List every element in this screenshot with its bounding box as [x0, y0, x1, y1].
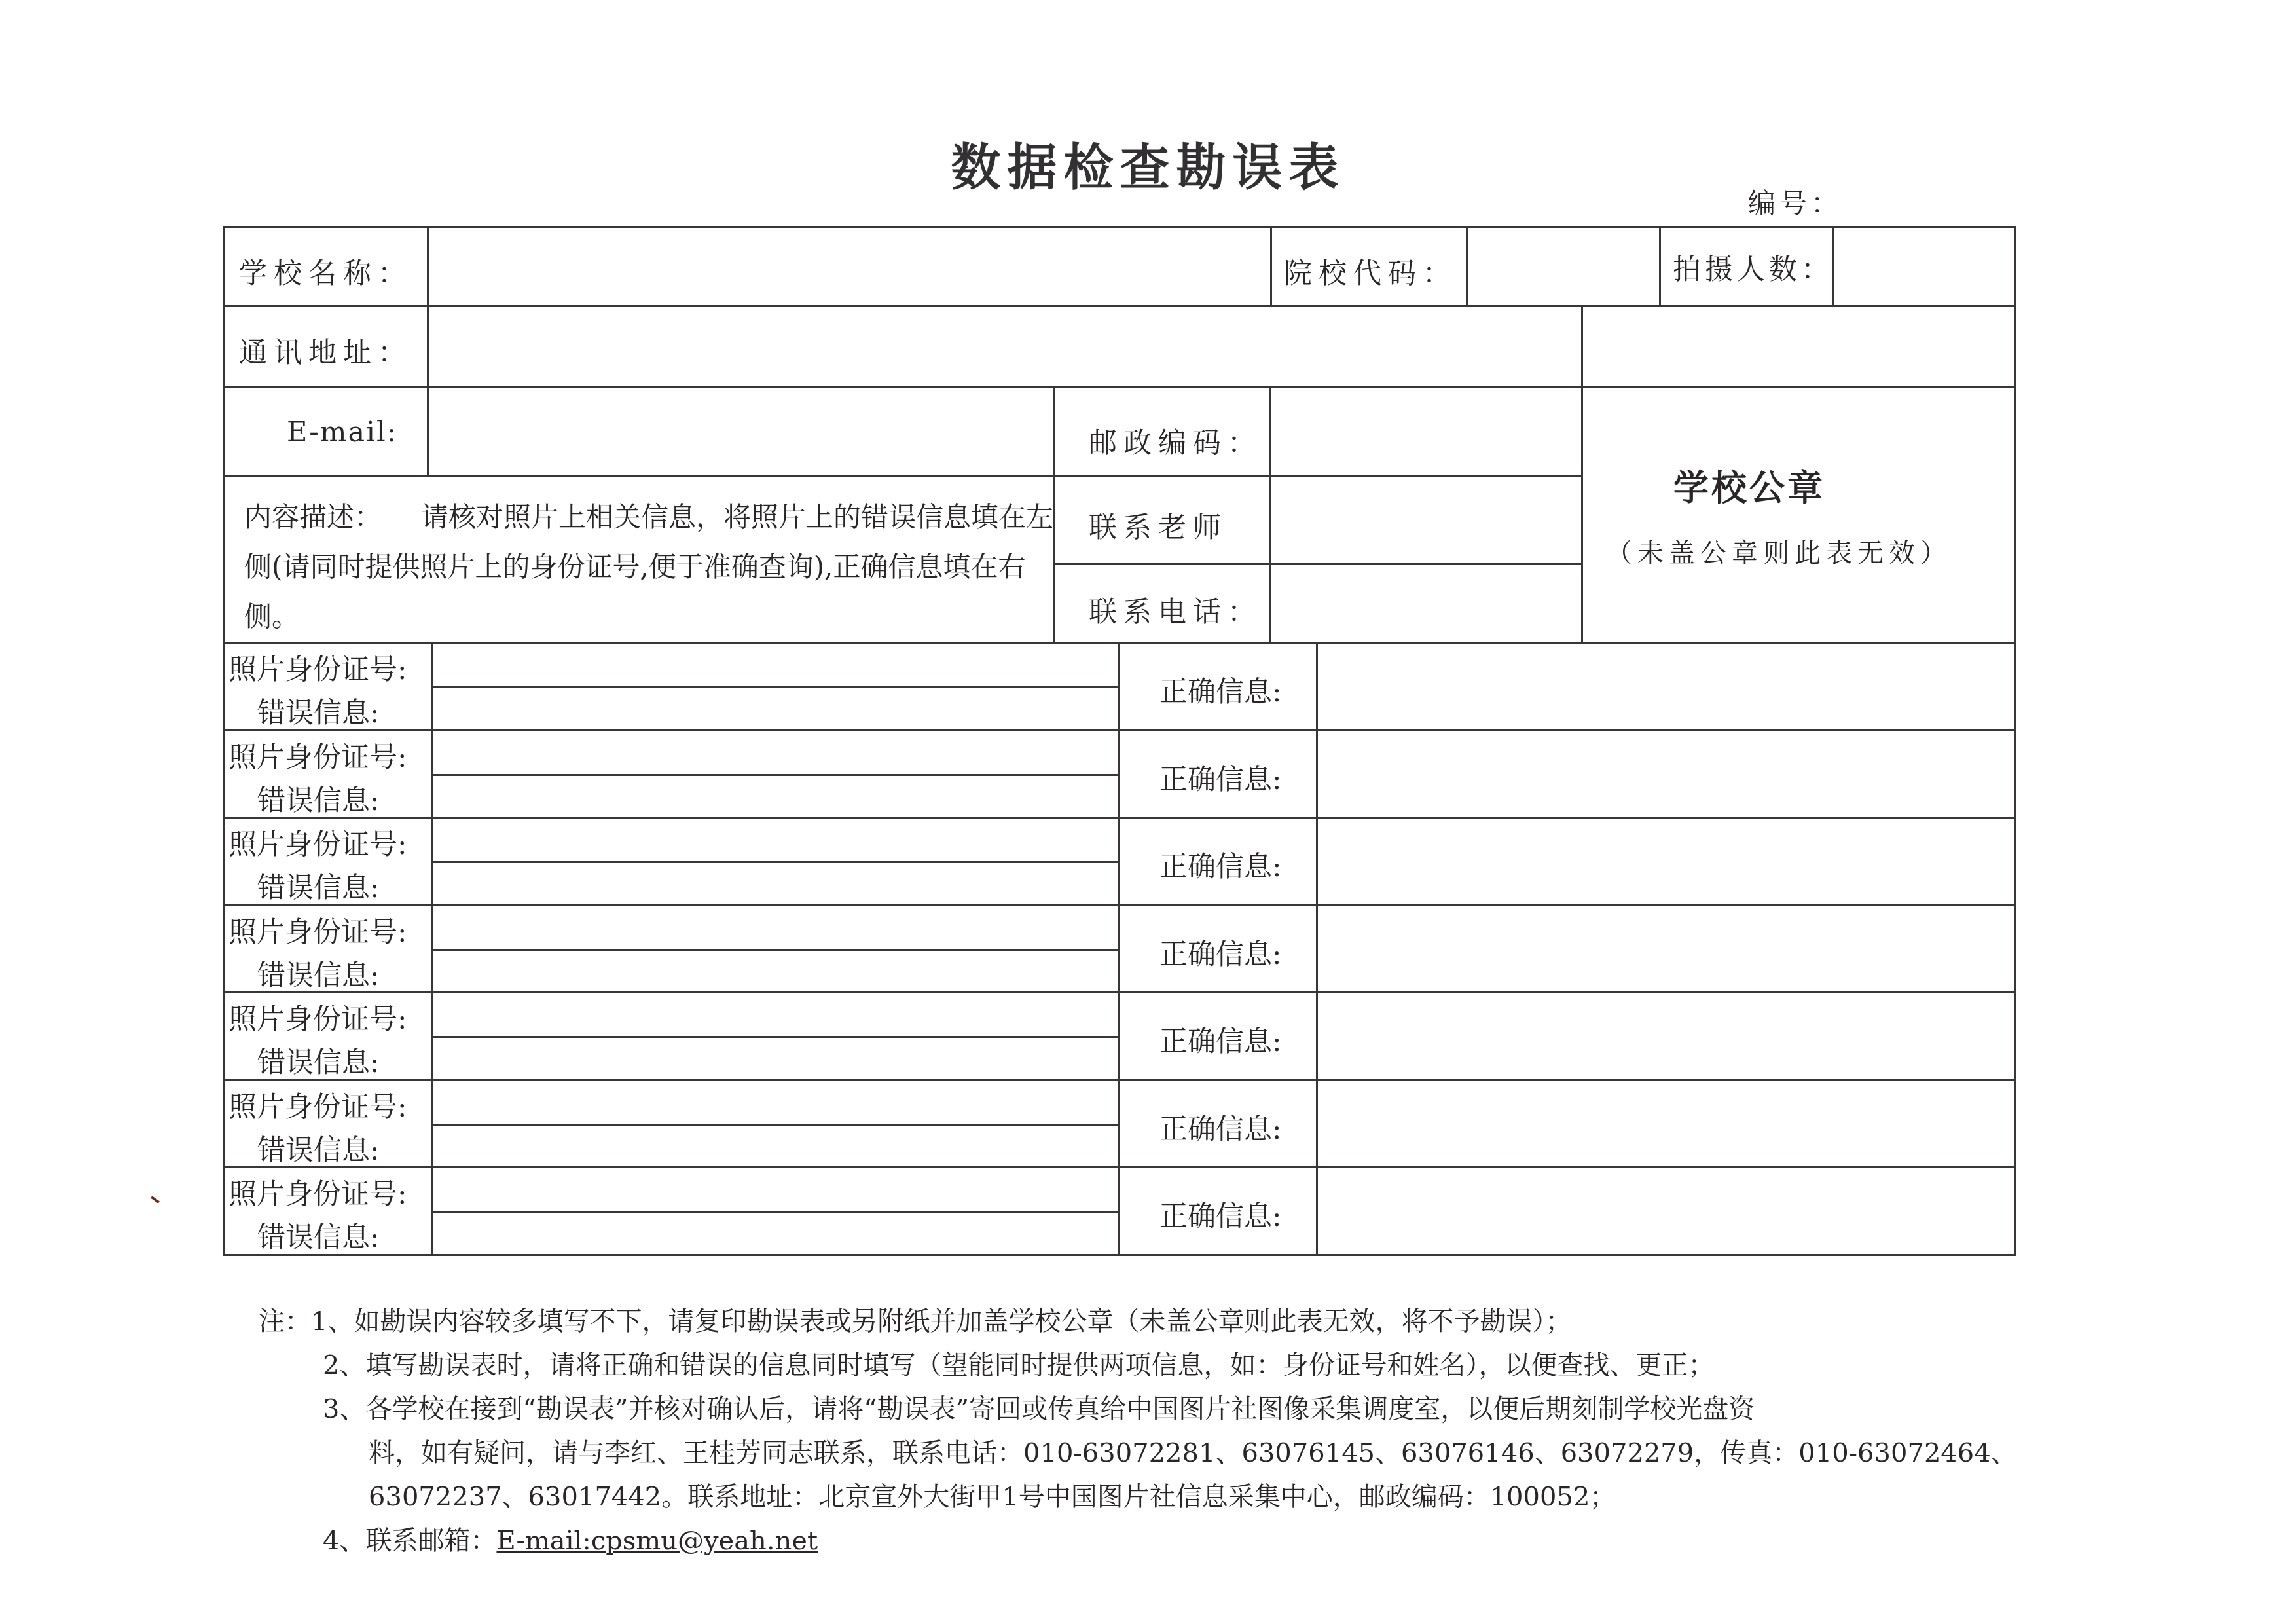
- school-code-label: 院校代码：: [1284, 251, 1457, 291]
- error-info-label: 错误信息:: [257, 779, 380, 819]
- contact-teacher-label-cell: 联系老师: [1053, 475, 1271, 565]
- scan-mark: [151, 1196, 160, 1203]
- contact-teacher-field[interactable]: [1269, 475, 1583, 565]
- photo-id-field[interactable]: [431, 904, 1120, 951]
- error-info-label: 错误信息:: [257, 691, 380, 731]
- photo-id-label: 照片身份证号:: [228, 1172, 407, 1212]
- photo-id-field[interactable]: [431, 729, 1120, 776]
- description-cell: 内容描述：请核对照片上相关信息，将照片上的错误信息填在左侧(请同时提供照片上的身…: [223, 475, 1055, 644]
- photo-count-label: 拍摄人数：: [1673, 248, 1833, 287]
- correct-info-label-cell: 正确信息:: [1118, 1079, 1318, 1169]
- correct-info-field[interactable]: [1316, 1079, 2016, 1169]
- error-info-field[interactable]: [431, 774, 1120, 819]
- error-info-field[interactable]: [431, 1124, 1120, 1169]
- error-info-label: 错误信息:: [257, 866, 380, 906]
- note-item-3-cont-2: 63072237、63017442。联系地址：北京宣外大街甲1号中国图片社信息采…: [259, 1475, 2079, 1519]
- contact-phone-label: 联系电话：: [1089, 590, 1262, 630]
- correct-info-label: 正确信息:: [1159, 1020, 1282, 1060]
- id-error-label-cell: 照片身份证号: 错误信息:: [223, 1079, 433, 1169]
- id-error-label-cell: 照片身份证号: 错误信息:: [223, 817, 433, 906]
- address-label: 通讯地址：: [239, 331, 412, 371]
- notes-section: 注：1、如勘误内容较多填写不下，请复印勘误表或另附纸并加盖学校公章（未盖公章则此…: [259, 1300, 2079, 1563]
- id-error-label-cell: 照片身份证号: 错误信息:: [223, 904, 433, 994]
- photo-id-label: 照片身份证号:: [228, 910, 407, 950]
- correct-info-label-cell: 正确信息:: [1118, 991, 1318, 1081]
- photo-id-field[interactable]: [431, 991, 1120, 1038]
- contact-email-link[interactable]: E-mail:cpsmu@yeah.net: [496, 1526, 818, 1556]
- photo-id-field[interactable]: [431, 817, 1120, 863]
- photo-id-field[interactable]: [431, 1079, 1120, 1126]
- photo-id-label: 照片身份证号:: [228, 1085, 407, 1125]
- error-info-label: 错误信息:: [257, 1215, 380, 1255]
- error-info-field[interactable]: [431, 1211, 1120, 1256]
- photo-id-label: 照片身份证号:: [228, 822, 407, 862]
- note-item-1: 注：1、如勘误内容较多填写不下，请复印勘误表或另附纸并加盖学校公章（未盖公章则此…: [259, 1300, 2079, 1344]
- postcode-field[interactable]: [1269, 386, 1583, 477]
- id-error-label-cell: 照片身份证号: 错误信息:: [223, 642, 433, 731]
- note-item-3-cont-1: 料，如有疑问，请与李红、王桂芳同志联系，联系电话：010-63072281、63…: [259, 1431, 2079, 1475]
- id-error-label-cell: 照片身份证号: 错误信息:: [223, 1166, 433, 1256]
- correct-info-field[interactable]: [1316, 729, 2016, 819]
- description-text: 内容描述：请核对照片上相关信息，将照片上的错误信息填在左侧(请同时提供照片上的身…: [244, 492, 1056, 642]
- correct-info-label: 正确信息:: [1159, 670, 1282, 710]
- school-name-label: 学校名称：: [239, 251, 412, 291]
- photo-count-label-cell: 拍摄人数：: [1659, 226, 1834, 307]
- photo-id-label: 照片身份证号:: [228, 735, 407, 775]
- correct-info-label-cell: 正确信息:: [1118, 729, 1318, 819]
- error-info-field[interactable]: [431, 1036, 1120, 1081]
- contact-phone-field[interactable]: [1269, 563, 1583, 644]
- photo-id-field[interactable]: [431, 642, 1120, 688]
- correct-info-field[interactable]: [1316, 991, 2016, 1081]
- id-error-label-cell: 照片身份证号: 错误信息:: [223, 729, 433, 819]
- correct-info-label-cell: 正确信息:: [1118, 1166, 1318, 1256]
- school-stamp-box: 学校公章 （未盖公章则此表无效）: [1581, 386, 2016, 644]
- correct-info-label: 正确信息:: [1159, 1107, 1282, 1147]
- postcode-label-cell: 邮政编码：: [1053, 386, 1271, 477]
- contact-phone-label-cell: 联系电话：: [1053, 563, 1271, 644]
- photo-id-label: 照片身份证号:: [228, 648, 407, 688]
- postcode-label: 邮政编码：: [1089, 421, 1262, 461]
- photo-id-label: 照片身份证号:: [228, 997, 407, 1037]
- address-label-cell: 通讯地址：: [223, 305, 429, 388]
- correct-info-label-cell: 正确信息:: [1118, 904, 1318, 994]
- stamp-note: （未盖公章则此表无效）: [1606, 532, 1952, 570]
- correct-info-field[interactable]: [1316, 817, 2016, 906]
- contact-teacher-label: 联系老师: [1089, 506, 1228, 545]
- id-error-label-cell: 照片身份证号: 错误信息:: [223, 991, 433, 1081]
- note-item-2: 2、填写勘误表时，请将正确和错误的信息同时填写（望能同时提供两项信息，如：身份证…: [259, 1344, 2079, 1388]
- school-code-label-cell: 院校代码：: [1270, 226, 1468, 307]
- page-title: 数据检查勘误表: [0, 128, 2296, 199]
- correct-info-label: 正确信息:: [1159, 758, 1282, 798]
- email-field[interactable]: [427, 386, 1055, 477]
- correct-info-field[interactable]: [1316, 904, 2016, 994]
- note-item-4: 4、联系邮箱：E-mail:cpsmu@yeah.net: [259, 1519, 2079, 1563]
- error-info-field[interactable]: [431, 861, 1120, 906]
- error-info-label: 错误信息:: [257, 1128, 380, 1168]
- address-extra-cell: [1581, 305, 2016, 388]
- correct-info-label: 正确信息:: [1159, 845, 1282, 885]
- correct-info-label: 正确信息:: [1159, 1194, 1282, 1234]
- correct-info-field[interactable]: [1316, 1166, 2016, 1256]
- correct-info-label-cell: 正确信息:: [1118, 642, 1318, 731]
- description-label: 内容描述：: [244, 501, 382, 533]
- address-field[interactable]: [427, 305, 1583, 388]
- school-code-field[interactable]: [1466, 226, 1661, 307]
- stamp-title: 学校公章: [1673, 460, 1825, 511]
- photo-count-field[interactable]: [1832, 226, 2016, 307]
- error-info-label: 错误信息:: [257, 1041, 380, 1080]
- email-label-cell: E-mail:: [223, 386, 429, 477]
- correct-info-label: 正确信息:: [1159, 932, 1282, 972]
- serial-number-label: 编号：: [1748, 182, 1842, 221]
- error-info-field[interactable]: [431, 949, 1120, 994]
- correct-info-field[interactable]: [1316, 642, 2016, 731]
- error-info-label: 错误信息:: [257, 953, 380, 993]
- school-name-label-cell: 学校名称：: [223, 226, 429, 307]
- school-name-field[interactable]: [427, 226, 1272, 307]
- photo-id-field[interactable]: [431, 1166, 1120, 1213]
- note-item-3: 3、各学校在接到“勘误表”并核对确认后，请将“勘误表”寄回或传真给中国图片社图像…: [259, 1388, 2079, 1431]
- email-label: E-mail:: [287, 416, 397, 449]
- correct-info-label-cell: 正确信息:: [1118, 817, 1318, 906]
- error-info-field[interactable]: [431, 686, 1120, 731]
